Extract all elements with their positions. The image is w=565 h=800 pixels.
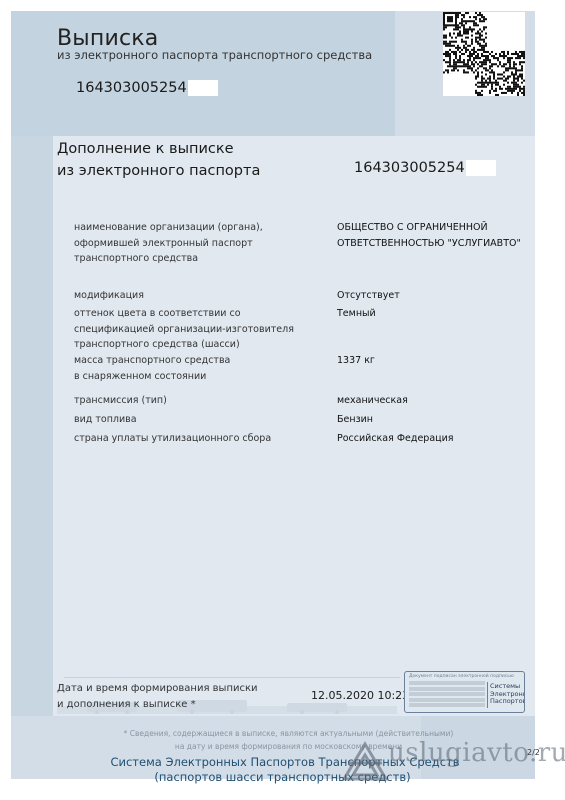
redacted-block (188, 80, 218, 96)
field-value: ОБЩЕСТВО С ОГРАНИЧЕННОЙОТВЕТСТВЕННОСТЬЮ … (337, 220, 521, 251)
field-label: наименование организации (органа),оформи… (74, 220, 263, 267)
supplement-title-line2: из электронного паспорта (57, 160, 260, 182)
redacted-block (466, 160, 496, 176)
field-value: Российская Федерация (337, 431, 454, 447)
field-label: трансмиссия (тип) (74, 393, 167, 409)
stamp-separator (487, 682, 488, 708)
field-label: масса транспортного средствав снаряженно… (74, 353, 230, 384)
date-value: 12.05.2020 10:23 (311, 689, 409, 702)
field-label: вид топлива (74, 412, 137, 428)
date-label-line1: Дата и время формирования выписки (57, 681, 258, 697)
footnote-line2: на дату и время формирования по московск… (0, 742, 565, 751)
supplement-number: 164303005254 (354, 160, 496, 176)
page-number: 2/2 (527, 748, 540, 757)
passport-number-text: 164303005254 (76, 80, 187, 96)
stamp-brand-line3: Паспортов (490, 698, 525, 706)
stamp-details (409, 681, 485, 709)
field-value: Темный (337, 306, 376, 322)
field-value: 1337 кг (337, 353, 375, 369)
field-label: модификация (74, 288, 144, 304)
date-label-line2: и дополнения к выписке * (57, 697, 258, 713)
field-value: Отсутствует (337, 288, 400, 304)
supplement-title-line1: Дополнение к выписке (57, 138, 260, 160)
supplement-number-text: 164303005254 (354, 160, 465, 176)
stamp-brand: Системы Электронных Паспортов (490, 683, 525, 706)
field-label: страна уплаты утилизационного сбора (74, 431, 271, 447)
document-subtitle: из электронного паспорта транспортного с… (57, 48, 372, 62)
system-name-line1: Система Электронных Паспортов Транспортн… (0, 755, 565, 769)
date-label: Дата и время формирования выписки и допо… (57, 681, 258, 713)
field-label: оттенок цвета в соответствии соспецифика… (74, 306, 294, 353)
supplement-title: Дополнение к выписке из электронного пас… (57, 138, 260, 182)
signature-stamp: Документ подписан электронной подписью С… (404, 671, 525, 713)
passport-number: 164303005254 (76, 80, 218, 96)
footnote-line1: * Сведения, содержащиеся в выписке, явля… (0, 729, 565, 738)
divider (64, 677, 400, 678)
qr-code-icon (443, 12, 525, 96)
stamp-heading: Документ подписан электронной подписью (409, 674, 514, 679)
field-value: механическая (337, 393, 408, 409)
system-name-line2: (паспортов шасси транспортных средств) (0, 770, 565, 784)
field-value: Бензин (337, 412, 373, 428)
